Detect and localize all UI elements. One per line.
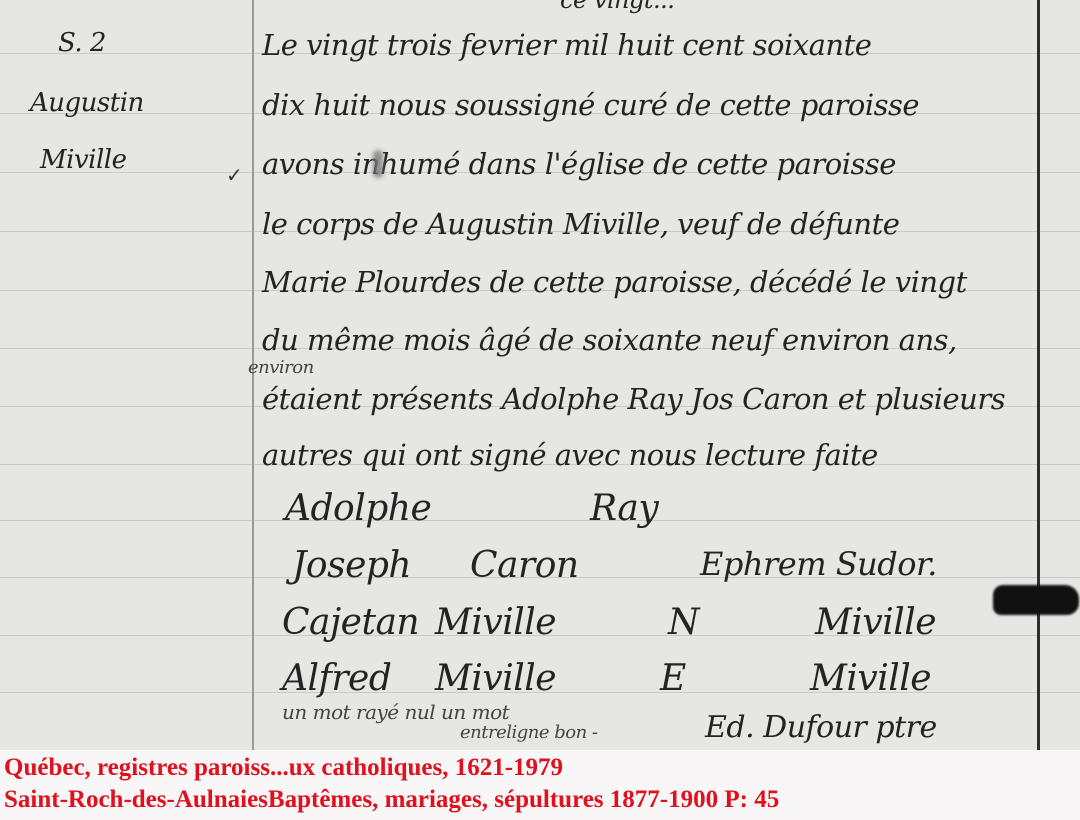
register-page-scan: ce vingt... S. 2 Augustin Miville ✓ Le v…	[0, 0, 1080, 750]
signature-n: N	[668, 602, 699, 643]
body-line-6: du même mois âgé de soixante neuf enviro…	[262, 323, 957, 357]
caption-banner: Québec, registres paroiss...ux catholiqu…	[0, 750, 1080, 820]
signature-officiant: Ed. Dufour ptre	[705, 710, 937, 745]
footnote-line-2: entreligne bon -	[460, 722, 598, 743]
footnote-line-1: un mot rayé nul un mot	[282, 700, 509, 724]
body-line-2: dix huit nous soussigné curé de cette pa…	[262, 88, 919, 122]
signature-adolphe: Adolphe	[285, 488, 431, 529]
signature-miville-3: Miville	[435, 658, 556, 699]
signature-miville-2: Miville	[815, 602, 936, 643]
signature-ephrem-sudor: Ephrem Sudor.	[700, 545, 937, 583]
body-line-4: le corps de Augustin Miville, veuf de dé…	[262, 207, 899, 241]
signature-miville-1: Miville	[435, 602, 556, 643]
deceased-given-name: Augustin	[30, 88, 144, 118]
check-mark-icon: ✓	[226, 163, 243, 188]
body-line-7: étaient présents Adolphe Ray Jos Caron e…	[262, 382, 1005, 416]
signature-joseph: Joseph	[292, 545, 411, 586]
signature-alfred: Alfred	[282, 658, 391, 699]
signature-ray: Ray	[590, 488, 658, 529]
interlinear-note: environ	[248, 357, 314, 378]
body-line-5: Marie Plourdes de cette paroisse, décédé…	[262, 265, 967, 299]
ink-blot	[993, 585, 1079, 615]
record-code: S. 2	[58, 28, 106, 58]
ruled-line	[0, 520, 1080, 521]
signature-miville-4: Miville	[810, 658, 931, 699]
body-line-8: autres qui ont signé avec nous lecture f…	[262, 438, 878, 472]
caption-record-location: Saint-Roch-des-AulnaiesBaptêmes, mariage…	[4, 786, 779, 814]
header-fragment: ce vingt...	[560, 0, 674, 14]
ink-smudge	[373, 150, 383, 178]
signature-e: E	[660, 658, 686, 699]
body-line-3: avons inhumé dans l'église de cette paro…	[262, 147, 896, 181]
deceased-surname: Miville	[40, 145, 126, 175]
signature-cajetan: Cajetan	[282, 602, 419, 643]
signature-caron: Caron	[470, 545, 579, 586]
body-line-1: Le vingt trois fevrier mil huit cent soi…	[262, 28, 871, 62]
caption-collection-title: Québec, registres paroiss...ux catholiqu…	[4, 754, 563, 782]
right-column-divider	[1037, 0, 1040, 750]
